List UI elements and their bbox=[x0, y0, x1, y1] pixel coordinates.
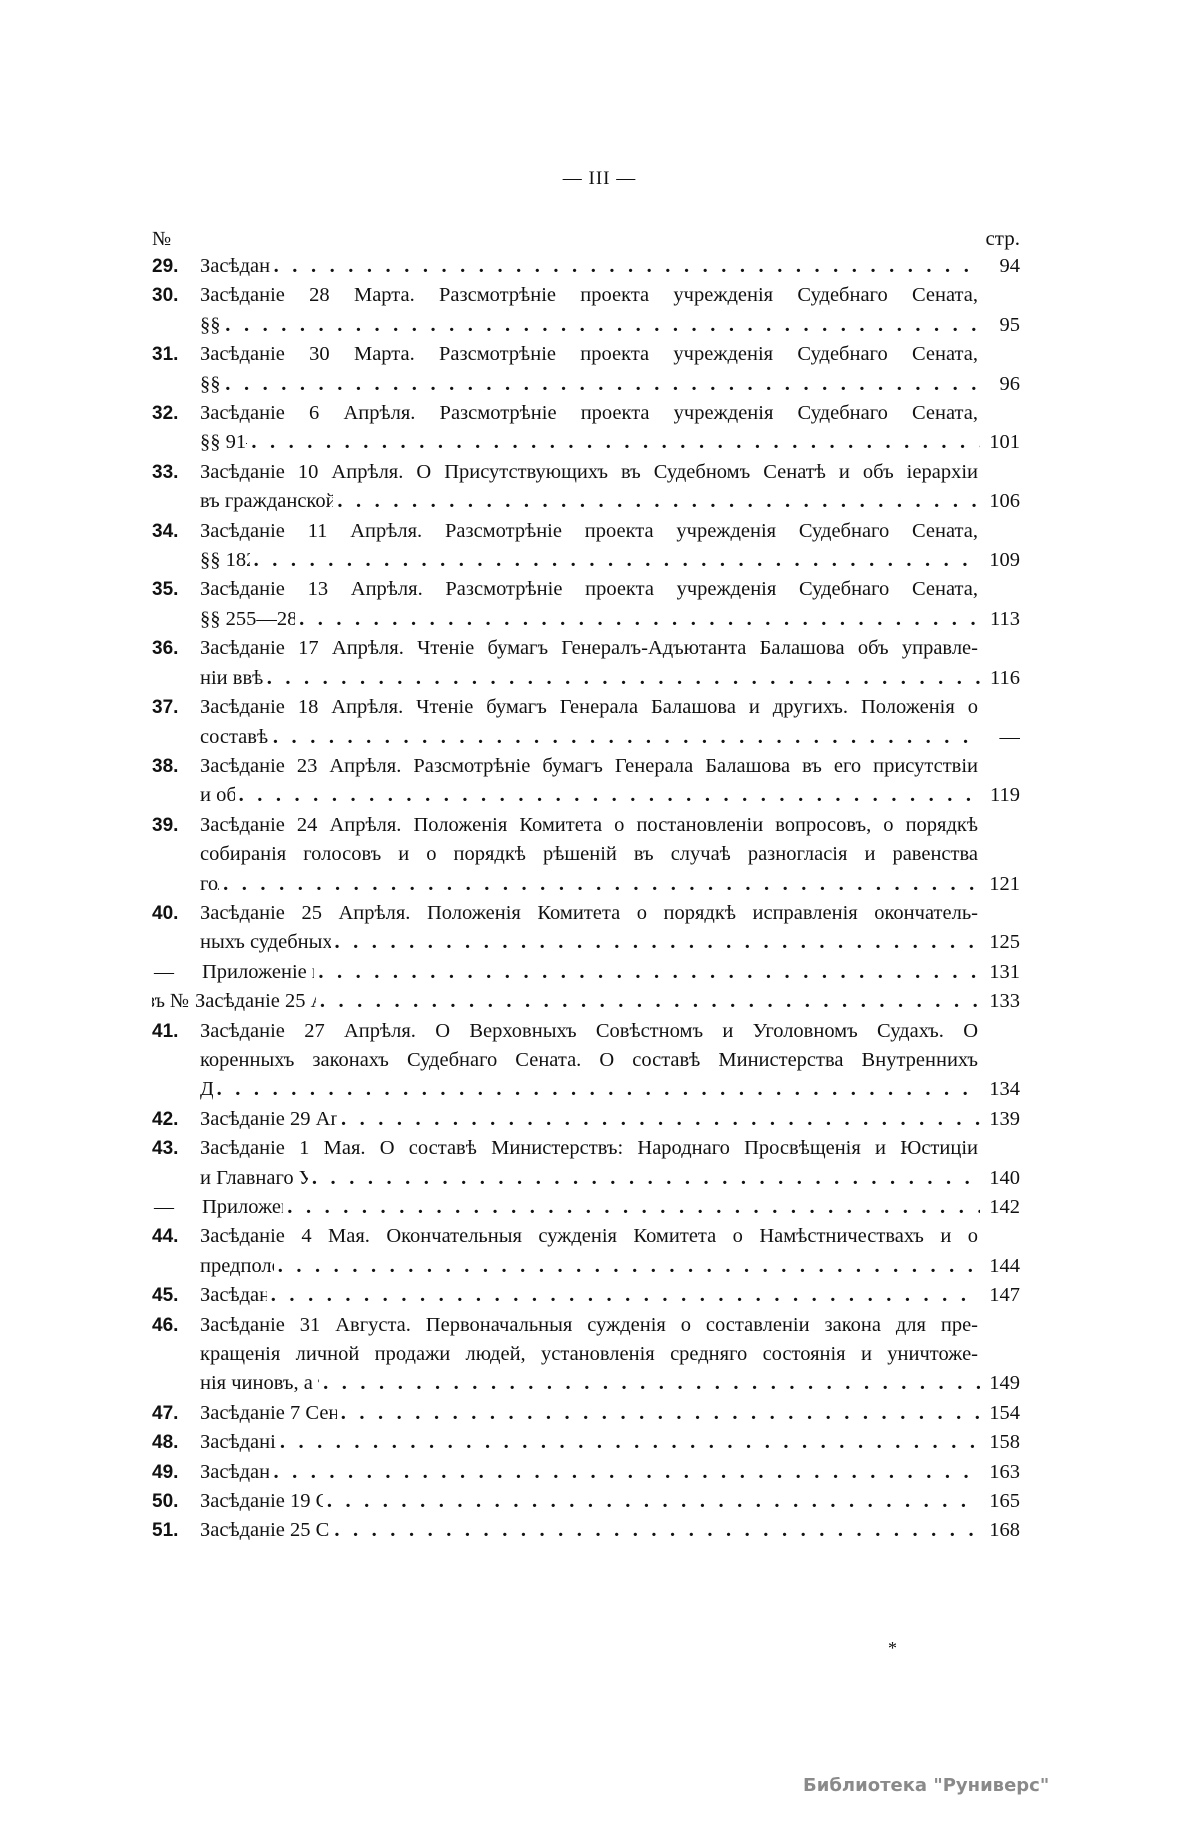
toc-entry: 37.Засѣданіе 18 Апрѣля. Чтеніе бумагъ Ге… bbox=[152, 693, 1020, 752]
entry-number: 40. bbox=[152, 899, 200, 928]
entry-number: безъ № bbox=[152, 987, 189, 1016]
entry-title-text: Засѣданіе 29 Апрѣля. Чтеніе бумагъ Генер… bbox=[200, 1105, 337, 1134]
entry-title-text: составѣ Министерства Финансовъ bbox=[200, 723, 269, 752]
dot-leader bbox=[251, 428, 980, 457]
dot-leader bbox=[335, 928, 981, 957]
toc-entry: 36.Засѣданіе 17 Апрѣля. Чтеніе бумагъ Ге… bbox=[152, 634, 1020, 693]
dot-leader bbox=[287, 1193, 980, 1222]
toc-entry: безъ №Засѣданіе 25 Апрѣля. О прекращеніи… bbox=[152, 987, 1020, 1016]
page-reference: 119 bbox=[986, 781, 1020, 810]
table-of-contents: 29.Засѣданіе 27 Марта. Чтеніе бумагъ9430… bbox=[152, 252, 1020, 1546]
toc-entry-line: 44.Засѣданіе 4 Мая. Окончательныя сужден… bbox=[152, 1222, 1020, 1251]
dot-leader bbox=[254, 546, 980, 575]
toc-entry: 51.Засѣданіе 25 Сентября. О канцелярских… bbox=[152, 1516, 1020, 1545]
page-reference: 149 bbox=[986, 1369, 1020, 1398]
page-reference: 139 bbox=[986, 1105, 1020, 1134]
entry-title-text: §§ 72—90 bbox=[200, 370, 221, 399]
entry-title-text: Засѣданіе 25 Апрѣля. О прекращеніи прода… bbox=[195, 987, 316, 1016]
toc-entry-line: и Главнаго Управленія Духовными Иновѣрны… bbox=[152, 1164, 1020, 1193]
toc-entry-line: §§ 91—124 и 135—181101 bbox=[152, 428, 1020, 457]
entry-title-text: Засѣданіе 25 Апрѣля. Положенія Комитета … bbox=[200, 899, 978, 928]
page-reference: — bbox=[986, 723, 1020, 752]
page-reference: 168 bbox=[986, 1516, 1020, 1545]
page-reference: 113 bbox=[986, 605, 1020, 634]
toc-entry: 38.Засѣданіе 23 Апрѣля. Разсмотрѣніе бум… bbox=[152, 752, 1020, 811]
page-reference: 131 bbox=[986, 958, 1020, 987]
entry-title-text: Засѣданіе 6 Апрѣля. Разсмотрѣніе проекта… bbox=[200, 399, 978, 428]
toc-entry-line: составѣ Министерства Финансовъ— bbox=[152, 723, 1020, 752]
entry-number: 44. bbox=[152, 1222, 200, 1251]
entry-number: 42. bbox=[152, 1105, 200, 1134]
toc-entry-line: 31.Засѣданіе 30 Марта. Разсмотрѣніе прое… bbox=[152, 340, 1020, 369]
entry-number: 33. bbox=[152, 458, 200, 487]
toc-entry-line: —Приложеніе къ журналу № 40. О дѣлахъ су… bbox=[152, 958, 1020, 987]
dot-leader bbox=[278, 1252, 980, 1281]
toc-entry: 49.Засѣданіе 18 Сентября. О томъ же.163 bbox=[152, 1458, 1020, 1487]
page-column-label: стр. bbox=[985, 226, 1020, 251]
toc-entry-line: 33.Засѣданіе 10 Апрѣля. О Присутствующих… bbox=[152, 458, 1020, 487]
toc-entry: 35.Засѣданіе 13 Апрѣля. Разсмотрѣніе про… bbox=[152, 575, 1020, 634]
dot-leader bbox=[239, 781, 980, 810]
toc-entry: 46.Засѣданіе 31 Августа. Первоначальныя … bbox=[152, 1311, 1020, 1399]
page-reference: 158 bbox=[986, 1428, 1020, 1457]
toc-entry-line: Дѣлъ.134 bbox=[152, 1075, 1020, 1104]
dot-leader bbox=[225, 370, 980, 399]
entry-number: 38. bbox=[152, 752, 200, 781]
entry-title-text: Засѣданіе 11 Апрѣля. Разсмотрѣніе проект… bbox=[200, 517, 978, 546]
page-reference: 133 bbox=[986, 987, 1020, 1016]
entry-title-text: Засѣданіе 18 Апрѣля. Чтеніе бумагъ Генер… bbox=[200, 693, 978, 722]
toc-entry-line: 30.Засѣданіе 28 Марта. Разсмотрѣніе прое… bbox=[152, 281, 1020, 310]
page-reference: 144 bbox=[986, 1252, 1020, 1281]
entry-title-text: нія чиновъ, а также пріобрѣтаемыхъ служб… bbox=[200, 1369, 319, 1398]
entry-title-text: Засѣданіе 1 Мая. О составѣ Министерствъ:… bbox=[200, 1134, 978, 1163]
entry-title-text: кращенія личной продажи людей, установле… bbox=[200, 1340, 978, 1369]
toc-entry: —Приложеніе къ журналу № 43, о томъ же.1… bbox=[152, 1193, 1020, 1222]
dot-leader bbox=[337, 487, 980, 516]
toc-entry: 43.Засѣданіе 1 Мая. О составѣ Министерст… bbox=[152, 1134, 1020, 1193]
entry-title-text: Засѣданіе 10 Апрѣля. О Присутствующихъ в… bbox=[200, 458, 978, 487]
entry-number: 41. bbox=[152, 1017, 200, 1046]
toc-entry-line: 43.Засѣданіе 1 Мая. О составѣ Министерст… bbox=[152, 1134, 1020, 1163]
dot-leader bbox=[318, 958, 980, 987]
dot-leader bbox=[271, 1281, 980, 1310]
entry-title-text: Засѣданіе 17 Апрѣля. Чтеніе бумагъ Генер… bbox=[200, 634, 978, 663]
dot-leader bbox=[327, 1487, 980, 1516]
toc-entry-line: 46.Засѣданіе 31 Августа. Первоначальныя … bbox=[152, 1311, 1020, 1340]
entry-number: 36. bbox=[152, 634, 200, 663]
entry-number: 45. bbox=[152, 1281, 200, 1310]
entry-title-text: ныхъ судебныхъ рѣшеній въ Сенатѣ. О губе… bbox=[200, 928, 331, 957]
entry-title-text: Засѣданіе 18 Мая. Чтеніе бумагъ. bbox=[200, 1281, 267, 1310]
toc-entry-line: 42.Засѣданіе 29 Апрѣля. Чтеніе бумагъ Ге… bbox=[152, 1105, 1020, 1134]
toc-entry-line: 45.Засѣданіе 18 Мая. Чтеніе бумагъ.147 bbox=[152, 1281, 1020, 1310]
toc-entry-line: нія чиновъ, а также пріобрѣтаемыхъ служб… bbox=[152, 1369, 1020, 1398]
entry-title-text: Засѣданіе 30 Марта. Разсмотрѣніе проекта… bbox=[200, 340, 978, 369]
entry-title-text: ніи ввѣреннымъ ему округомъ. bbox=[200, 664, 263, 693]
entry-title-text: Дѣлъ. bbox=[200, 1075, 213, 1104]
page-reference: 154 bbox=[986, 1399, 1020, 1428]
page-reference: 109 bbox=[986, 546, 1020, 575]
toc-entry: 45.Засѣданіе 18 Мая. Чтеніе бумагъ.147 bbox=[152, 1281, 1020, 1310]
toc-entry-line: предположеніяхъ Генерала Балашова144 bbox=[152, 1252, 1020, 1281]
toc-entry-line: —Приложеніе къ журналу № 43, о томъ же.1… bbox=[152, 1193, 1020, 1222]
toc-entry-line: коренныхъ законахъ Судебнаго Сената. О с… bbox=[152, 1046, 1020, 1075]
toc-entry: —Приложеніе къ журналу № 40. О дѣлахъ су… bbox=[152, 958, 1020, 987]
dot-leader bbox=[312, 1164, 980, 1193]
entry-title-text: §§ 44—71 bbox=[200, 311, 221, 340]
entry-title-text: Засѣданіе 23 Апрѣля. Разсмотрѣніе бумагъ… bbox=[200, 752, 978, 781]
entry-title-text: и объясненія его bbox=[200, 781, 235, 810]
dot-leader bbox=[267, 664, 980, 693]
page-reference: 125 bbox=[986, 928, 1020, 957]
page-reference: 106 bbox=[986, 487, 1020, 516]
page-reference: 163 bbox=[986, 1458, 1020, 1487]
toc-entry-line: 41.Засѣданіе 27 Апрѣля. О Верховныхъ Сов… bbox=[152, 1017, 1020, 1046]
toc-entry-line: въ гражданской службѣ. Чтеніе бумагъ, от… bbox=[152, 487, 1020, 516]
page-reference: 134 bbox=[986, 1075, 1020, 1104]
entry-number: 31. bbox=[152, 340, 200, 369]
page-reference: 101 bbox=[986, 428, 1020, 457]
toc-entry-line: 47.Засѣданіе 7 Сентября. О порядкѣ произ… bbox=[152, 1399, 1020, 1428]
entry-number: 30. bbox=[152, 281, 200, 310]
toc-entry: 42.Засѣданіе 29 Апрѣля. Чтеніе бумагъ Ге… bbox=[152, 1105, 1020, 1134]
entry-title-text: Засѣданіе 7 Сентября. О гражданствѣ. bbox=[200, 1428, 276, 1457]
entry-number: — bbox=[152, 1193, 202, 1222]
entry-number: 32. bbox=[152, 399, 200, 428]
toc-entry-line: 37.Засѣданіе 18 Апрѣля. Чтеніе бумагъ Ге… bbox=[152, 693, 1020, 722]
entry-title-text: Засѣданіе 19 Сентября. О прекращеніи про… bbox=[200, 1487, 323, 1516]
toc-entry-line: ныхъ судебныхъ рѣшеній въ Сенатѣ. О губе… bbox=[152, 928, 1020, 957]
entry-title-text: и Главнаго Управленія Духовными Иновѣрны… bbox=[200, 1164, 308, 1193]
entry-title-text: Засѣданіе 18 Сентября. О томъ же. bbox=[200, 1458, 269, 1487]
toc-entry: 50.Засѣданіе 19 Сентября. О прекращеніи … bbox=[152, 1487, 1020, 1516]
entry-title-text: Засѣданіе 24 Апрѣля. Положенія Комитета … bbox=[200, 811, 978, 840]
dot-leader bbox=[217, 1075, 980, 1104]
entry-title-text: Засѣданіе 27 Марта. Чтеніе бумагъ bbox=[200, 252, 270, 281]
toc-entry-line: §§ 182—191 и 207—254109 bbox=[152, 546, 1020, 575]
page-reference: 147 bbox=[986, 1281, 1020, 1310]
dot-leader bbox=[273, 723, 980, 752]
toc-entry-line: 35.Засѣданіе 13 Апрѣля. Разсмотрѣніе про… bbox=[152, 575, 1020, 604]
entry-title-text: Засѣданіе 31 Августа. Первоначальныя суж… bbox=[200, 1311, 978, 1340]
toc-entry: 31.Засѣданіе 30 Марта. Разсмотрѣніе прое… bbox=[152, 340, 1020, 399]
toc-entry-line: кращенія личной продажи людей, установле… bbox=[152, 1340, 1020, 1369]
entry-title-text: §§ 91—124 и 135—181 bbox=[200, 428, 247, 457]
dot-leader bbox=[274, 252, 980, 281]
entry-number: 47. bbox=[152, 1399, 200, 1428]
page-reference: 140 bbox=[986, 1164, 1020, 1193]
toc-entry: 29.Засѣданіе 27 Марта. Чтеніе бумагъ94 bbox=[152, 252, 1020, 281]
toc-entry-line: 34.Засѣданіе 11 Апрѣля. Разсмотрѣніе про… bbox=[152, 517, 1020, 546]
entry-number: 29. bbox=[152, 252, 200, 281]
entry-title-text: Приложеніе къ журналу № 43, о томъ же. bbox=[202, 1193, 283, 1222]
entry-number: 35. bbox=[152, 575, 200, 604]
toc-entry: 41.Засѣданіе 27 Апрѣля. О Верховныхъ Сов… bbox=[152, 1017, 1020, 1105]
column-headings: № стр. bbox=[152, 226, 1020, 251]
page-reference: 142 bbox=[986, 1193, 1020, 1222]
toc-entry-line: 32.Засѣданіе 6 Апрѣля. Разсмотрѣніе прое… bbox=[152, 399, 1020, 428]
entry-title-text: Засѣданіе 27 Апрѣля. О Верховныхъ Совѣст… bbox=[200, 1017, 978, 1046]
toc-entry-line: и объясненія его119 bbox=[152, 781, 1020, 810]
toc-entry: 33.Засѣданіе 10 Апрѣля. О Присутствующих… bbox=[152, 458, 1020, 517]
toc-entry: 32.Засѣданіе 6 Апрѣля. Разсмотрѣніе прое… bbox=[152, 399, 1020, 458]
toc-entry-line: §§ 72—9096 bbox=[152, 370, 1020, 399]
toc-entry-line: 50.Засѣданіе 19 Сентября. О прекращеніи … bbox=[152, 1487, 1020, 1516]
entry-number: 51. bbox=[152, 1516, 200, 1545]
toc-entry-line: собиранія голосовъ и о порядкѣ рѣшеній в… bbox=[152, 840, 1020, 869]
page-reference: 121 bbox=[986, 870, 1020, 899]
entry-number: — bbox=[152, 958, 202, 987]
entry-number: 49. bbox=[152, 1458, 200, 1487]
dot-leader bbox=[223, 870, 980, 899]
entry-number: 39. bbox=[152, 811, 200, 840]
dot-leader bbox=[341, 1105, 980, 1134]
toc-entry-line: 39.Засѣданіе 24 Апрѣля. Положенія Комите… bbox=[152, 811, 1020, 840]
dot-leader bbox=[299, 605, 980, 634]
entry-title-text: Засѣданіе 4 Мая. Окончательныя сужденія … bbox=[200, 1222, 978, 1251]
entry-number: 37. bbox=[152, 693, 200, 722]
dot-leader bbox=[320, 987, 980, 1016]
page-reference: 94 bbox=[986, 252, 1020, 281]
number-column-label: № bbox=[152, 228, 171, 251]
toc-entry-line: безъ №Засѣданіе 25 Апрѣля. О прекращеніи… bbox=[152, 987, 1020, 1016]
entry-title-text: Засѣданіе 28 Марта. Разсмотрѣніе проекта… bbox=[200, 281, 978, 310]
entry-title-text: §§ 255—282. Чтеніе бумагъ о Намѣстничест… bbox=[200, 605, 295, 634]
toc-entry-line: §§ 255—282. Чтеніе бумагъ о Намѣстничест… bbox=[152, 605, 1020, 634]
entry-number: 34. bbox=[152, 517, 200, 546]
library-watermark: Библиотека "Руниверс" bbox=[803, 1775, 1049, 1796]
page-reference: 165 bbox=[986, 1487, 1020, 1516]
entry-number: 50. bbox=[152, 1487, 200, 1516]
toc-entry-line: 48.Засѣданіе 7 Сентября. О гражданствѣ.1… bbox=[152, 1428, 1020, 1457]
entry-title-text: §§ 182—191 и 207—254 bbox=[200, 546, 250, 575]
entry-title-text: Засѣданіе 13 Апрѣля. Разсмотрѣніе проект… bbox=[200, 575, 978, 604]
toc-entry: 47.Засѣданіе 7 Сентября. О порядкѣ произ… bbox=[152, 1399, 1020, 1428]
page-reference: 116 bbox=[986, 664, 1020, 693]
toc-entry-line: 40.Засѣданіе 25 Апрѣля. Положенія Комите… bbox=[152, 899, 1020, 928]
toc-entry-line: 51.Засѣданіе 25 Сентября. О канцелярских… bbox=[152, 1516, 1020, 1545]
dot-leader bbox=[334, 1516, 980, 1545]
toc-entry: 39.Засѣданіе 24 Апрѣля. Положенія Комите… bbox=[152, 811, 1020, 899]
entry-title-text: Засѣданіе 25 Сентября. О канцелярскихъ с… bbox=[200, 1516, 330, 1545]
entry-title-text: коренныхъ законахъ Судебнаго Сената. О с… bbox=[200, 1046, 978, 1075]
entry-number: 48. bbox=[152, 1428, 200, 1457]
page-reference: 95 bbox=[986, 311, 1020, 340]
toc-entry-line: 36.Засѣданіе 17 Апрѣля. Чтеніе бумагъ Ге… bbox=[152, 634, 1020, 663]
asterisk-mark: * bbox=[888, 1638, 897, 1659]
dot-leader bbox=[280, 1428, 980, 1457]
entry-title-text: Приложеніе къ журналу № 40. О дѣлахъ суд… bbox=[202, 958, 314, 987]
toc-entry: 44.Засѣданіе 4 Мая. Окончательныя сужден… bbox=[152, 1222, 1020, 1281]
toc-entry: 48.Засѣданіе 7 Сентября. О гражданствѣ.1… bbox=[152, 1428, 1020, 1457]
toc-entry: 40.Засѣданіе 25 Апрѣля. Положенія Комите… bbox=[152, 899, 1020, 958]
entry-title-text: предположеніяхъ Генерала Балашова bbox=[200, 1252, 274, 1281]
toc-entry-line: 38.Засѣданіе 23 Апрѣля. Разсмотрѣніе бум… bbox=[152, 752, 1020, 781]
dot-leader bbox=[225, 311, 980, 340]
page-reference: 96 bbox=[986, 370, 1020, 399]
entry-title-text: голосовъ bbox=[200, 870, 219, 899]
toc-entry: 30.Засѣданіе 28 Марта. Разсмотрѣніе прое… bbox=[152, 281, 1020, 340]
entry-title-text: въ гражданской службѣ. Чтеніе бумагъ, от… bbox=[200, 487, 333, 516]
toc-entry-line: голосовъ121 bbox=[152, 870, 1020, 899]
toc-entry-line: ніи ввѣреннымъ ему округомъ.116 bbox=[152, 664, 1020, 693]
toc-entry-line: 29.Засѣданіе 27 Марта. Чтеніе бумагъ94 bbox=[152, 252, 1020, 281]
page-number-header: — III — bbox=[0, 168, 1199, 190]
toc-entry-line: 49.Засѣданіе 18 Сентября. О томъ же.163 bbox=[152, 1458, 1020, 1487]
entry-title-text: Засѣданіе 7 Сентября. О порядкѣ производ… bbox=[200, 1399, 337, 1428]
entry-number: 46. bbox=[152, 1311, 200, 1340]
dot-leader bbox=[273, 1458, 980, 1487]
toc-entry: 34.Засѣданіе 11 Апрѣля. Разсмотрѣніе про… bbox=[152, 517, 1020, 576]
toc-entry-line: §§ 44—7195 bbox=[152, 311, 1020, 340]
dot-leader bbox=[323, 1369, 980, 1398]
dot-leader bbox=[341, 1399, 980, 1428]
entry-number: 43. bbox=[152, 1134, 200, 1163]
entry-title-text: собиранія голосовъ и о порядкѣ рѣшеній в… bbox=[200, 840, 978, 869]
